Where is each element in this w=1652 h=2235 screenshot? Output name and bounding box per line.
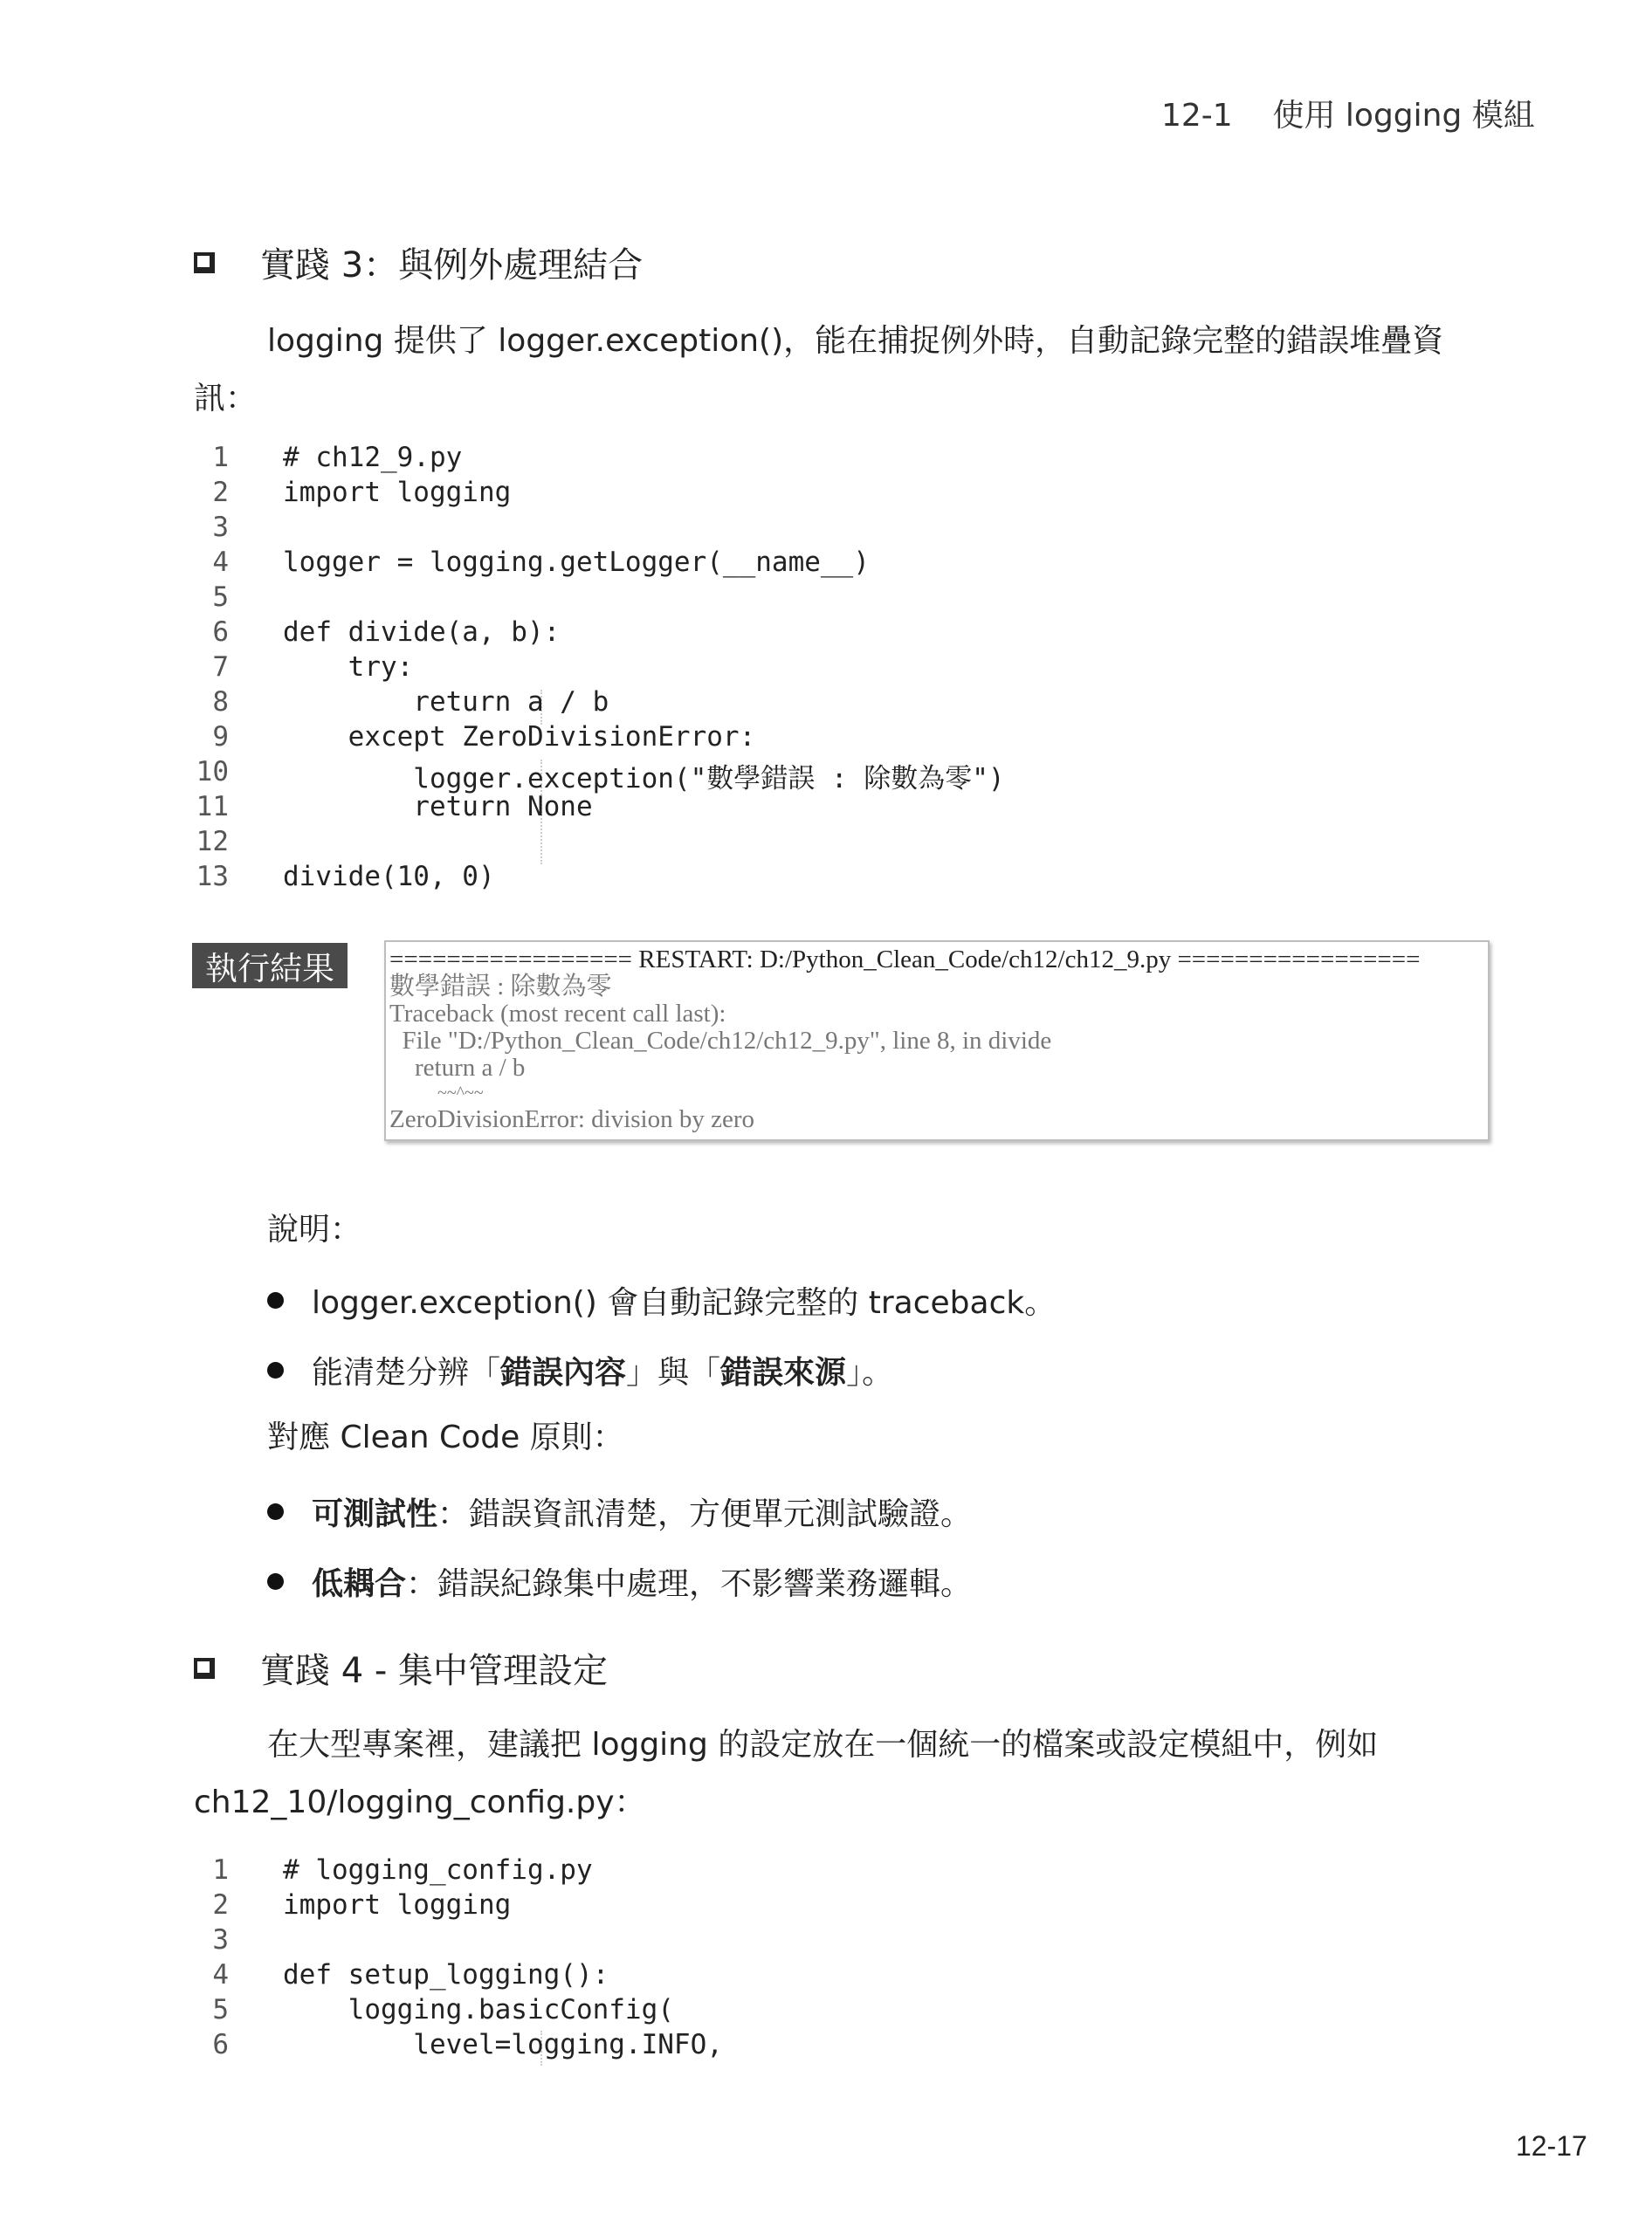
- principle-item: 低耦合：錯誤紀錄集中處理，不影響業務邏輯。: [267, 1559, 972, 1604]
- section-title: 使用 logging 模組: [1272, 98, 1534, 134]
- bullet-item: 能清楚分辨「錯誤內容」與「錯誤來源」。: [267, 1348, 893, 1393]
- explanation-label: 說明：: [267, 1201, 361, 1259]
- intro-paragraph: logging 提供了 logger.exception()，能在捕捉例外時，自…: [194, 313, 1538, 428]
- principle-term: 低耦合: [312, 1559, 406, 1604]
- page-number: 12-17: [1516, 2130, 1587, 2163]
- heading-text: 實踐 4 - 集中管理設定: [260, 1643, 608, 1693]
- output-line: File "D:/Python_Clean_Code/ch12/ch12_9.p…: [389, 1028, 1051, 1055]
- heading-text: 實踐 3：與例外處理結合: [260, 237, 643, 287]
- bullet-icon: [267, 1503, 284, 1520]
- output-line: ~~^~~: [389, 1080, 484, 1107]
- output-console: ================= RESTART: D:/Python_Cle…: [384, 940, 1490, 1141]
- intro-line-1: 在大型專案裡，建議把 logging 的設定放在一個統一的檔案或設定模組中，例如: [267, 1727, 1378, 1763]
- output-label: 執行結果: [192, 943, 348, 988]
- section-heading-practice-3: 實踐 3：與例外處理結合: [194, 237, 643, 287]
- output-line: Traceback (most recent call last):: [389, 1001, 726, 1028]
- bullet-icon: [267, 1292, 284, 1309]
- output-line: return a / b: [389, 1055, 525, 1082]
- running-header: 12-1 使用 logging 模組: [1161, 91, 1535, 135]
- checkbox-square-icon: [194, 252, 215, 273]
- output-line: ================= RESTART: D:/Python_Cle…: [389, 946, 1420, 973]
- bullet-icon: [267, 1573, 284, 1590]
- code-block-ch12-9: 1# ch12_9.py 2import logging 3 4logger =…: [194, 442, 1242, 913]
- output-line: ZeroDivisionError: division by zero: [389, 1106, 754, 1133]
- checkbox-square-icon: [194, 1658, 215, 1679]
- output-line: 數學錯誤 : 除數為零: [389, 973, 612, 1001]
- bullet-icon: [267, 1362, 284, 1379]
- intro-line-2: 訊：: [194, 381, 257, 416]
- section-heading-practice-4: 實踐 4 - 集中管理設定: [194, 1643, 608, 1693]
- principle-term: 可測試性: [312, 1489, 437, 1534]
- section-number: 12-1: [1161, 98, 1233, 134]
- principle-item: 可測試性：錯誤資訊清楚，方便單元測試驗證。: [267, 1489, 972, 1534]
- code-block-logging-config: 1# logging_config.py 2import logging 3 4…: [194, 1854, 1242, 2073]
- intro-paragraph: 在大型專案裡，建議把 logging 的設定放在一個統一的檔案或設定模組中，例如…: [194, 1716, 1538, 1832]
- bullet-item: logger.exception() 會自動記錄完整的 traceback。: [267, 1278, 1056, 1323]
- intro-line-2: ch12_10/logging_config.py：: [194, 1785, 646, 1820]
- intro-line-1: logging 提供了 logger.exception()，能在捕捉例外時，自…: [267, 323, 1443, 359]
- principles-label: 對應 Clean Code 原則：: [267, 1409, 624, 1467]
